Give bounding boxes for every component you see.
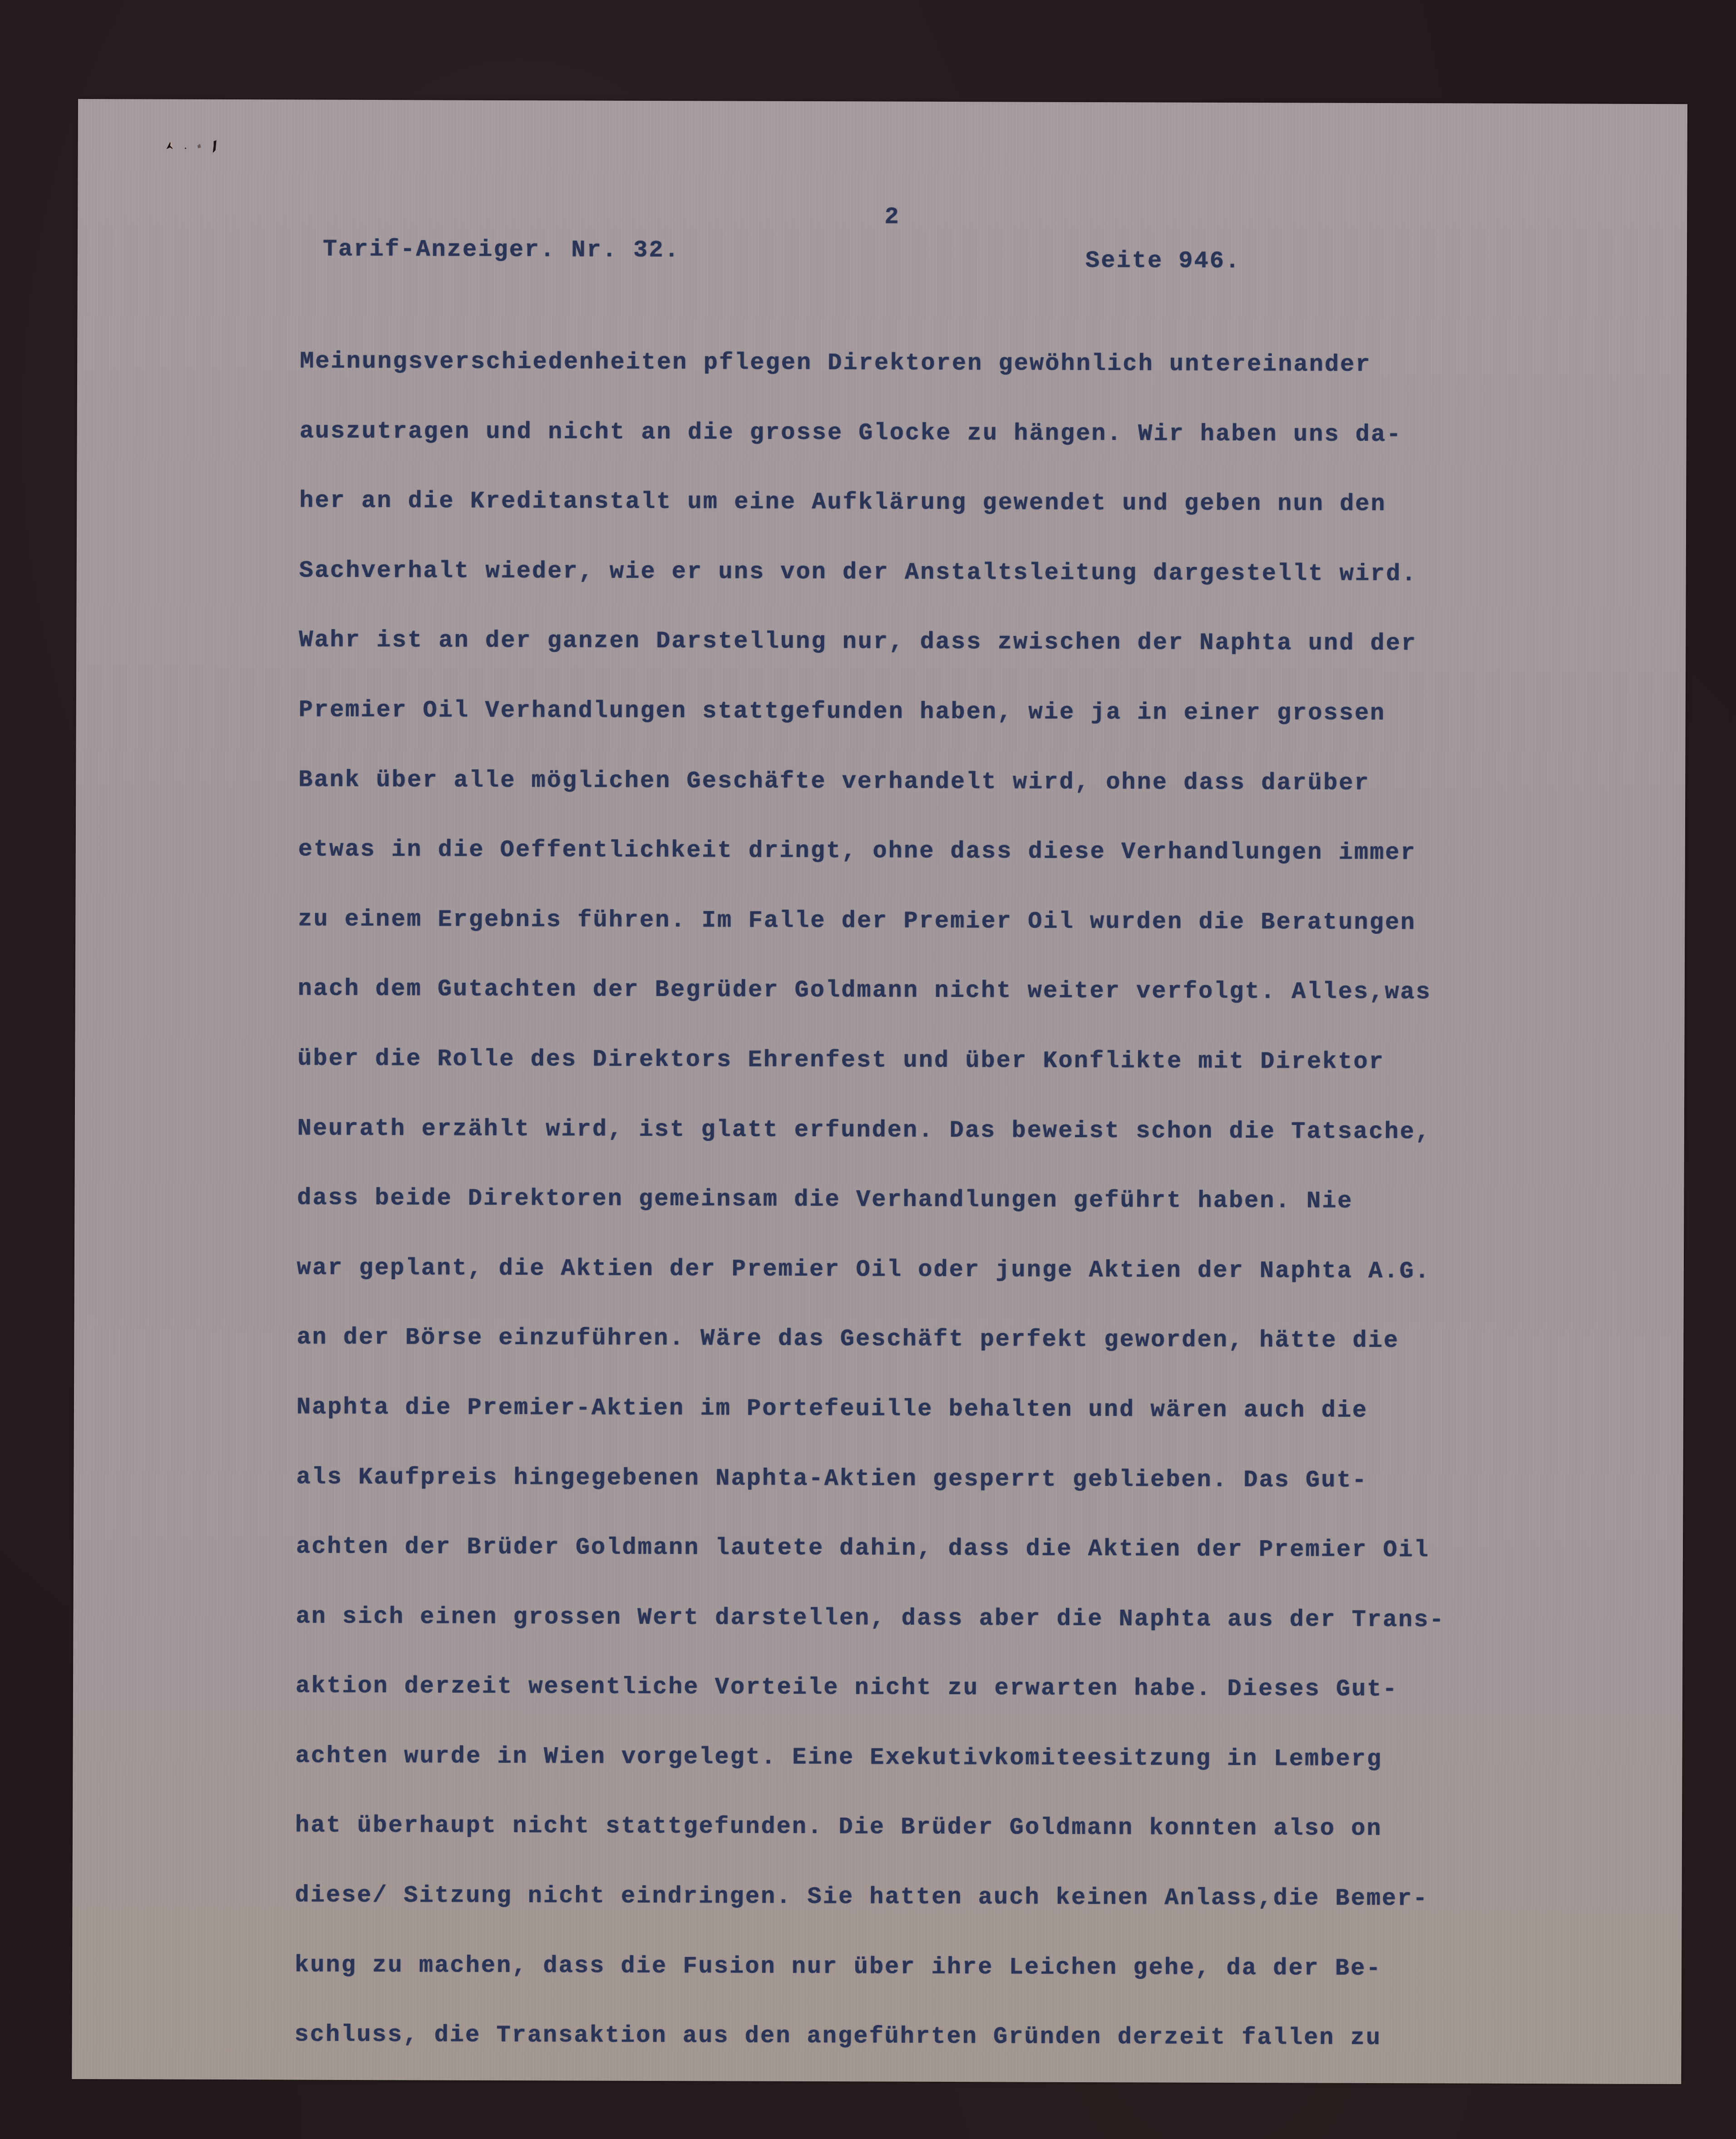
text-line: her an die Kreditanstalt um eine Aufklär… (299, 466, 1643, 540)
text-line: kung zu machen, dass die Fusion nur über… (295, 1930, 1638, 2004)
text-line: über die Rolle des Direktors Ehrenfest u… (297, 1024, 1641, 1098)
text-line: war geplant, die Aktien der Premier Oil … (297, 1233, 1641, 1307)
page-reference: Seite 946. (1085, 247, 1241, 275)
text-line: nach dem Gutachten der Begrüder Goldmann… (298, 954, 1642, 1028)
body-text: Meinungsverschiedenheiten pflegen Direkt… (294, 327, 1643, 2074)
text-line: dass beide Direktoren gemeinsam die Verh… (297, 1163, 1641, 1237)
text-line: aktion derzeit wesentliche Vorteile nich… (296, 1651, 1639, 1725)
text-line: diese/ Sitzung nicht eindringen. Sie hat… (295, 1861, 1638, 1935)
text-line: Wahr ist an der ganzen Darstellung nur, … (299, 606, 1642, 680)
text-line: Naphta die Premier-Aktien im Portefeuill… (296, 1372, 1640, 1446)
text-line: Premier Oil Verhandlungen stattgefunden … (299, 675, 1642, 749)
text-line: Bank über alle möglichen Geschäfte verha… (298, 745, 1642, 819)
text-line: hat überhaupt nicht stattgefunden. Die B… (295, 1791, 1639, 1865)
text-line: schluss, die Transaktion aus den angefüh… (294, 2000, 1638, 2074)
text-line: Meinungsverschiedenheiten pflegen Direkt… (300, 327, 1643, 401)
text-line: Neurath erzählt wird, ist glatt erfunden… (297, 1094, 1641, 1168)
text-line: an der Börse einzuführen. Wäre das Gesch… (296, 1303, 1640, 1377)
text-line: als Kaufpreis hingegebenen Naphta-Aktien… (296, 1442, 1640, 1516)
text-line: Sachverhalt wieder, wie er uns von der A… (299, 536, 1642, 610)
text-line: etwas in die Oeffentlichkeit dringt, ohn… (298, 815, 1642, 889)
text-line: achten wurde in Wien vorgelegt. Eine Exe… (295, 1721, 1639, 1795)
text-line: auszutragen und nicht an die grosse Gloc… (299, 396, 1643, 470)
text-line: an sich einen grossen Wert darstellen, d… (296, 1582, 1639, 1656)
publication-reference: Tarif-Anzeiger. Nr. 32. (323, 236, 680, 264)
text-line: zu einem Ergebnis führen. Im Falle der P… (298, 884, 1642, 958)
text-line: achten der Brüder Goldmann lautete dahin… (296, 1512, 1640, 1586)
typewritten-page: 2 Tarif-Anzeiger. Nr. 32. Seite 946. Mei… (72, 99, 1687, 2084)
page-number: 2 (884, 204, 900, 231)
document-header: Tarif-Anzeiger. Nr. 32. Seite 946. (323, 236, 1367, 276)
punch-hole-marks-icon (158, 136, 221, 158)
